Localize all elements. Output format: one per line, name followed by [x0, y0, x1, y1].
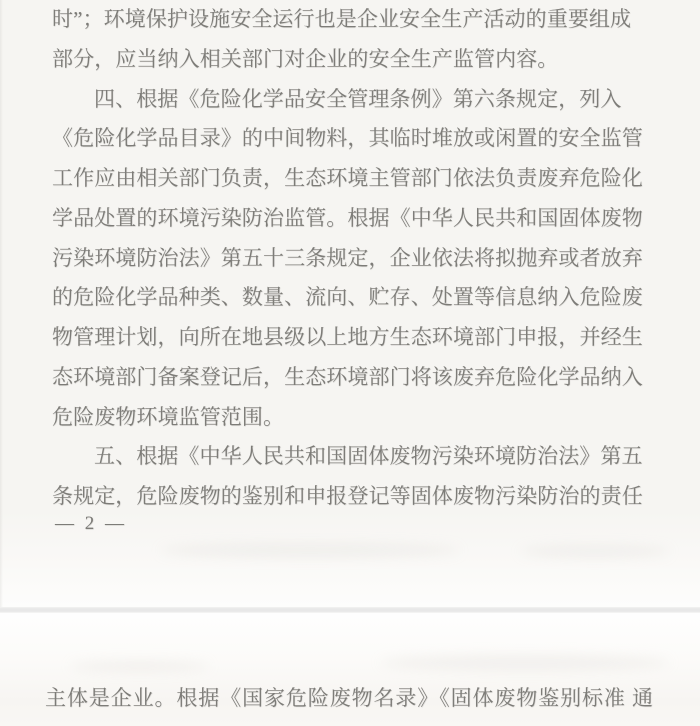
text-line: 物管理计划，向所在地县级以上地方生态环境部门申报，并经生 — [52, 318, 652, 358]
text-line: 主体是企业。根据《国家危险废物名录》《固体废物鉴别标准 通 — [45, 683, 654, 713]
text-line: 的危险化学品种类、数量、流向、贮存、处置等信息纳入危险废 — [52, 278, 652, 318]
scan-noise — [160, 544, 460, 557]
text-line: 四、根据《危险化学品安全管理条例》第六条规定，列入 — [52, 80, 652, 120]
scan-noise — [70, 661, 210, 671]
document-page-1: 时”；环境保护设施安全运行也是企业安全生产活动的重要组成 部分，应当纳入相关部门… — [0, 0, 700, 607]
page-1-text-block: 时”；环境保护设施安全运行也是企业安全生产活动的重要组成 部分，应当纳入相关部门… — [52, 0, 652, 517]
scan-edge-shadow — [0, 0, 3, 607]
text-line: 部分，应当纳入相关部门对企业的安全生产监管内容。 — [52, 40, 652, 80]
text-line: 学品处置的环境污染防治监管。根据《中华人民共和国固体废物 — [52, 199, 652, 239]
scan-noise — [380, 655, 670, 670]
text-line: 工作应由相关部门负责，生态环境主管部门依法负责废弃危险化 — [52, 159, 652, 199]
text-line: 时”；环境保护设施安全运行也是企业安全生产活动的重要组成 — [52, 0, 652, 40]
text-line: 五、根据《中华人民共和国固体废物污染环境防治法》第五 — [52, 437, 652, 477]
text-line: 《危险化学品目录》的中间物料，其临时堆放或闲置的安全监管 — [52, 119, 652, 159]
text-line: 危险废物环境监管范围。 — [52, 398, 652, 438]
text-line: 污染环境防治法》第五十三条规定，企业依法将拟抛弃或者放弃 — [52, 239, 652, 279]
scan-noise — [520, 546, 670, 557]
text-line: 条规定，危险废物的鉴别和申报登记等固体废物污染防治的责任 — [52, 477, 652, 517]
page-number: — 2 — — [55, 513, 127, 535]
document-page-2: 主体是企业。根据《国家危险废物名录》《固体废物鉴别标准 通 — [0, 613, 700, 726]
text-line: 态环境部门备案登记后，生态环境部门将该废弃危险化学品纳入 — [52, 358, 652, 398]
